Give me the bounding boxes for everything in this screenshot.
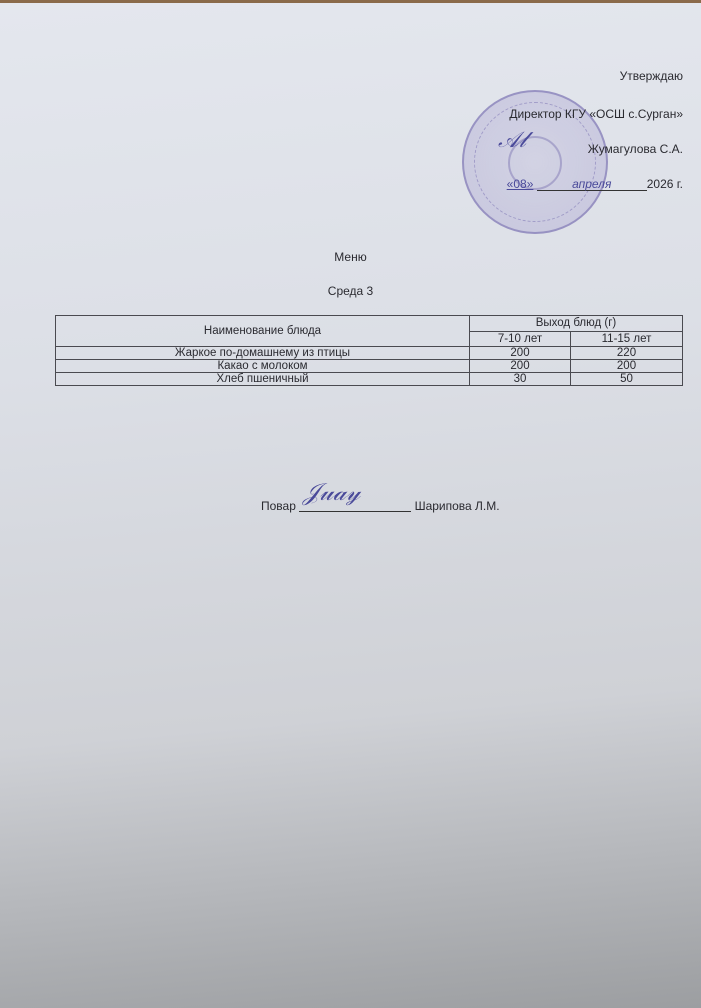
menu-table: Наименование блюда Выход блюд (г) 7-10 л… bbox=[55, 315, 683, 386]
approval-date: «08» апреля2026 г. bbox=[507, 178, 683, 191]
header-dish: Наименование блюда bbox=[56, 316, 470, 347]
approval-position: Директор КГУ «ОСШ с.Сурган» bbox=[509, 108, 683, 120]
portion-7-10: 30 bbox=[470, 373, 571, 386]
table-row: Какао с молоком 200 200 bbox=[56, 360, 683, 373]
header-age-11-15: 11-15 лет bbox=[571, 331, 683, 347]
table-row: Хлеб пшеничный 30 50 bbox=[56, 373, 683, 386]
header-age-7-10: 7-10 лет bbox=[470, 331, 571, 347]
table-row: Жаркое по-домашнему из птицы 200 220 bbox=[56, 347, 683, 360]
approval-heading: Утверждаю bbox=[620, 70, 683, 82]
date-day: «08» bbox=[507, 177, 534, 191]
portion-11-15: 50 bbox=[571, 373, 683, 386]
date-month: апреля bbox=[537, 178, 647, 191]
portion-7-10: 200 bbox=[470, 360, 571, 373]
cook-signature: 𝒥𝓊𝒶𝓎 bbox=[303, 478, 360, 506]
photo-edge bbox=[0, 0, 701, 3]
header-output: Выход блюд (г) bbox=[470, 316, 683, 332]
portion-7-10: 200 bbox=[470, 347, 571, 360]
document-title: Меню bbox=[0, 250, 701, 264]
date-year: 2026 г. bbox=[647, 177, 683, 191]
dish-name: Какао с молоком bbox=[56, 360, 470, 373]
cook-name: Шарипова Л.М. bbox=[415, 499, 500, 513]
portion-11-15: 220 bbox=[571, 347, 683, 360]
dish-name: Жаркое по-домашнему из птицы bbox=[56, 347, 470, 360]
approval-name: Жумагулова С.А. bbox=[588, 143, 683, 155]
portion-11-15: 200 bbox=[571, 360, 683, 373]
director-signature: 𝒜𝓁 bbox=[498, 128, 526, 153]
cook-signature-line: Повар Шарипова Л.М. bbox=[261, 499, 500, 513]
cook-label: Повар bbox=[261, 499, 296, 513]
signature-line bbox=[299, 511, 411, 512]
document-subtitle: Среда 3 bbox=[0, 284, 701, 298]
dish-name: Хлеб пшеничный bbox=[56, 373, 470, 386]
